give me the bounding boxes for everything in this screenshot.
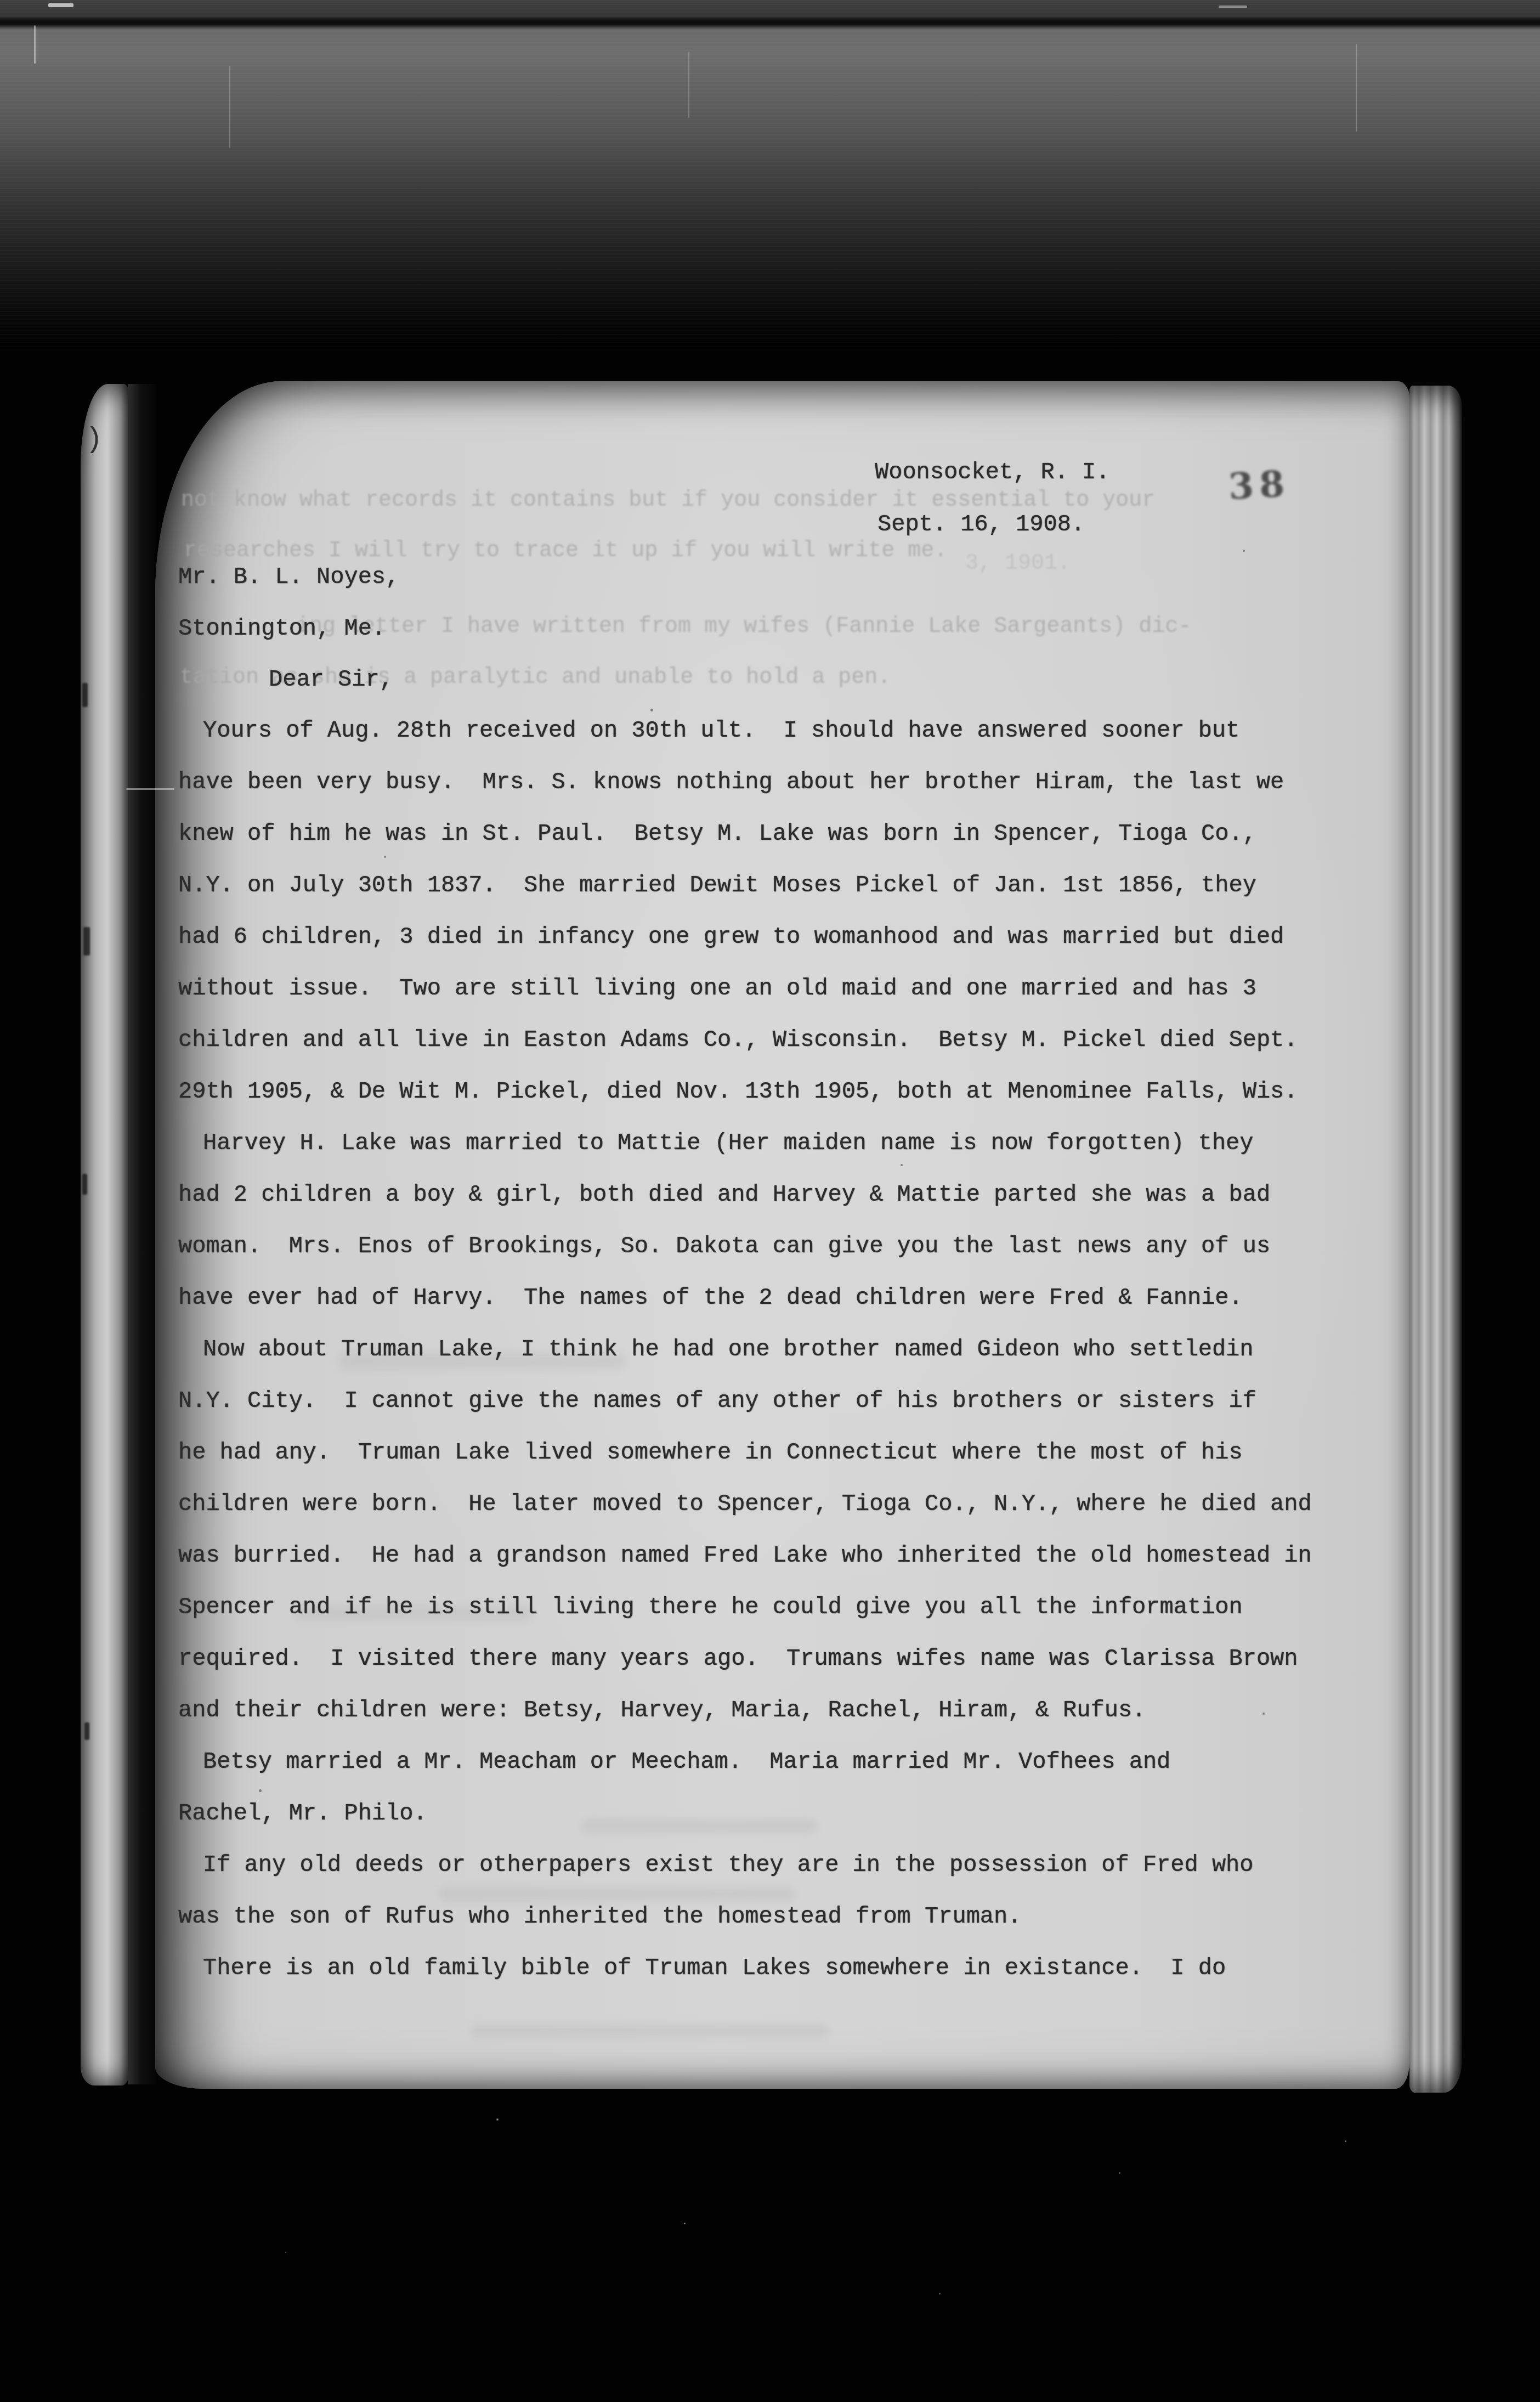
typed-line: have ever had of Harvy. The names of the… bbox=[178, 1286, 1243, 1309]
film-scratch bbox=[126, 788, 174, 790]
prev-page-ink-mark bbox=[83, 927, 90, 956]
film-scratch bbox=[48, 3, 73, 7]
film-scratch bbox=[34, 25, 36, 64]
typed-line: children were born. He later moved to Sp… bbox=[178, 1493, 1312, 1516]
typed-line: without issue. Two are still living one … bbox=[178, 977, 1256, 1000]
typed-line: If any old deeds or otherpapers exist th… bbox=[203, 1853, 1254, 1877]
bleed-through-line: not know what records it contains but if… bbox=[181, 490, 1155, 512]
typed-line: N.Y. City. I cannot give the names of an… bbox=[178, 1389, 1256, 1412]
letter-place: Woonsocket, R. I. bbox=[875, 461, 1109, 484]
bleed-smudge bbox=[581, 1819, 817, 1833]
page-dust-speck bbox=[384, 856, 386, 858]
bleed-smudge bbox=[472, 2024, 828, 2037]
page-dust-speck bbox=[1262, 1713, 1265, 1715]
typed-line: woman. Mrs. Enos of Brookings, So. Dakot… bbox=[178, 1235, 1270, 1258]
page-number-stamp: 38 bbox=[1227, 462, 1291, 508]
letter-date: Sept. 16, 1908. bbox=[877, 513, 1085, 536]
typed-line: 29th 1905, & De Wit M. Pickel, died Nov.… bbox=[178, 1080, 1298, 1103]
typed-line: children and all live in Easton Adams Co… bbox=[178, 1028, 1298, 1052]
typed-line: Rachel, Mr. Philo. bbox=[178, 1802, 427, 1825]
typed-line: Spencer and if he is still living there … bbox=[178, 1596, 1243, 1619]
page-dust-speck bbox=[650, 709, 653, 711]
typed-line: There is an old family bible of Truman L… bbox=[203, 1957, 1226, 1980]
film-scratch bbox=[285, 2252, 286, 2253]
film-scratch bbox=[229, 66, 230, 148]
page-dust-speck bbox=[901, 1164, 903, 1166]
recipient-address: Stonington, Me. bbox=[178, 617, 386, 640]
typed-line: had 2 children a boy & girl, both died a… bbox=[178, 1183, 1270, 1206]
film-scratch bbox=[684, 2223, 686, 2224]
film-scratch bbox=[939, 2293, 941, 2294]
letter-text-layer: Woonsocket, R. I. Sept. 16, 1908. Mr. B.… bbox=[0, 0, 1540, 2402]
typed-line: have been very busy. Mrs. S. knows nothi… bbox=[178, 771, 1284, 794]
bleed-through-line: researches I will try to trace it up if … bbox=[184, 540, 947, 562]
film-scratch bbox=[1345, 2140, 1346, 2142]
typed-line: knew of him he was in St. Paul. Betsy M.… bbox=[178, 822, 1256, 845]
typed-line: N.Y. on July 30th 1837. She married Dewi… bbox=[178, 874, 1256, 897]
stray-paren-mark: ) bbox=[86, 423, 103, 456]
typed-line: Now about Truman Lake, I think he had on… bbox=[203, 1338, 1254, 1361]
typed-line: Betsy married a Mr. Meacham or Meecham. … bbox=[203, 1750, 1170, 1773]
page-dust-speck bbox=[1243, 550, 1245, 552]
film-scratch bbox=[496, 2118, 499, 2121]
film-scratch bbox=[1356, 44, 1357, 132]
typed-line: Harvey H. Lake was married to Mattie (He… bbox=[203, 1132, 1254, 1155]
bleed-smudge bbox=[439, 1887, 795, 1901]
bleed-through-line: ing letter I have written from my wifes … bbox=[296, 616, 1191, 638]
film-scratch bbox=[1119, 2172, 1120, 2174]
typed-line: he had any. Truman Lake lived somewhere … bbox=[178, 1441, 1243, 1464]
prev-page-ink-mark bbox=[82, 683, 88, 707]
recipient-name: Mr. B. L. Noyes, bbox=[178, 566, 399, 589]
salutation: Dear Sir, bbox=[269, 668, 393, 691]
typed-line: required. I visited there many years ago… bbox=[178, 1647, 1298, 1670]
page-dust-speck bbox=[259, 1789, 262, 1792]
typed-line: Yours of Aug. 28th received on 30th ult.… bbox=[203, 719, 1239, 742]
typed-line: had 6 children, 3 died in infancy one gr… bbox=[178, 925, 1284, 948]
bleed-through-line: 3, 1901. bbox=[965, 553, 1071, 575]
prev-page-ink-mark bbox=[84, 1722, 89, 1740]
film-scratch bbox=[1219, 5, 1247, 8]
typed-line: was the son of Rufus who inherited the h… bbox=[178, 1905, 1021, 1928]
prev-page-ink-mark bbox=[82, 1174, 87, 1195]
typed-line: and their children were: Betsy, Harvey, … bbox=[178, 1699, 1146, 1722]
microfilm-frame: Woonsocket, R. I. Sept. 16, 1908. Mr. B.… bbox=[0, 0, 1540, 2402]
typed-line: was burried. He had a grandson named Fre… bbox=[178, 1544, 1312, 1567]
film-scratch bbox=[688, 52, 689, 118]
